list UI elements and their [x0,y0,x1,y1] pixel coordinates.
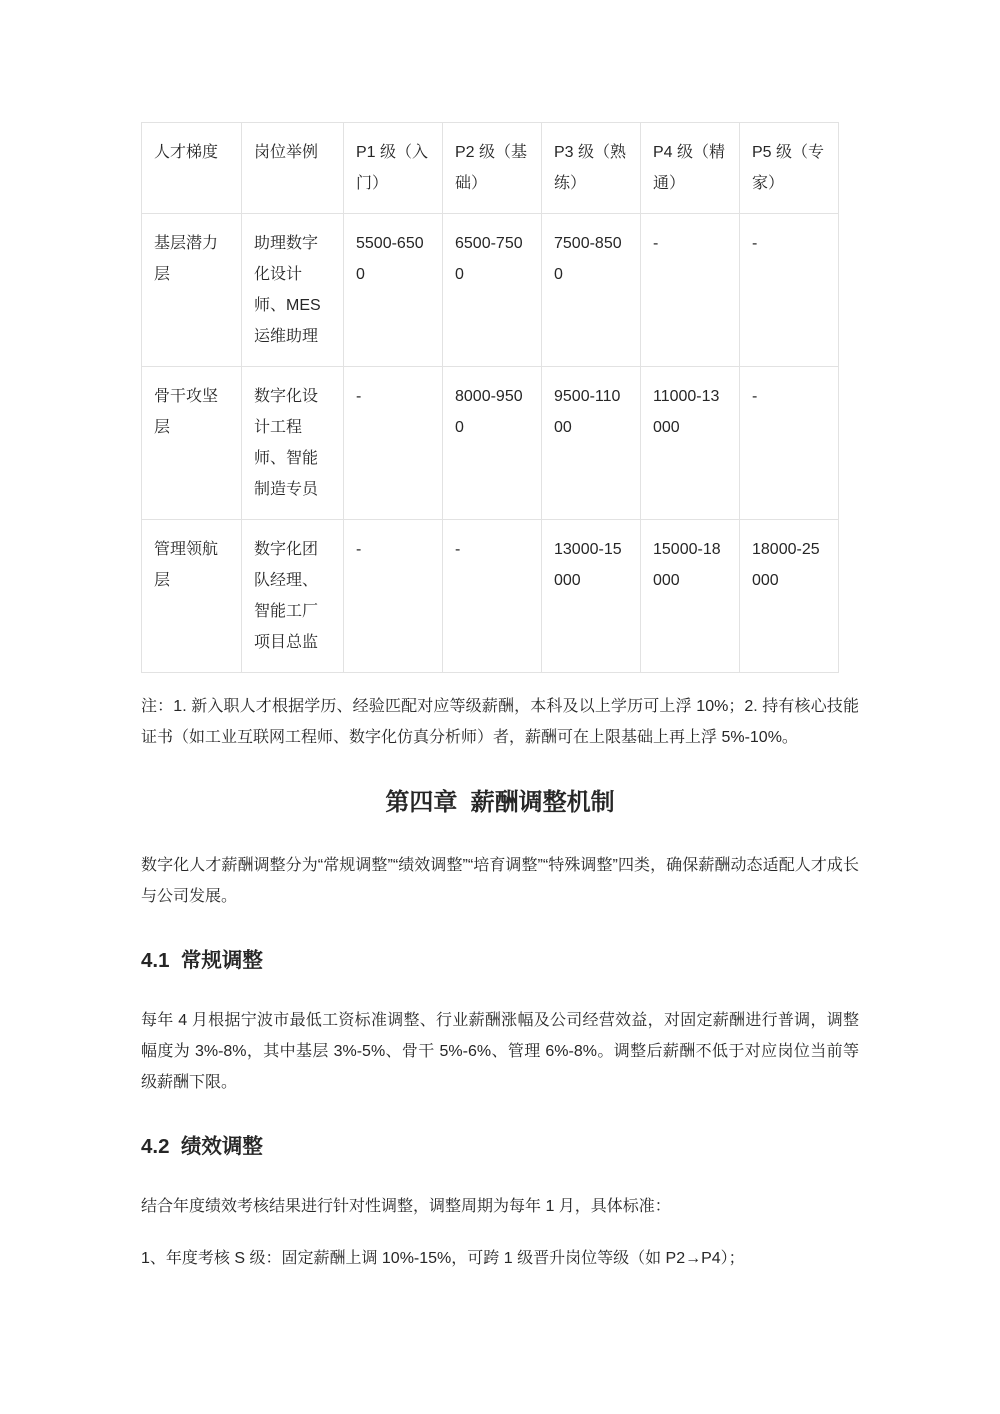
table-note: 注：1. 新入职人才根据学历、经验匹配对应等级薪酬，本科及以上学历可上浮 10%… [141,691,859,753]
table-header-cell: P2 级（基础） [443,123,542,214]
table-cell: 7500-8500 [542,214,641,367]
table-cell: 骨干攻坚层 [142,367,242,520]
table-cell: 9500-11000 [542,367,641,520]
table-row: 骨干攻坚层 数字化设计工程师、智能制造专员 - 8000-9500 9500-1… [142,367,839,520]
table-cell: 13000-15000 [542,520,641,673]
table-cell: 管理领航层 [142,520,242,673]
table-cell: - [344,367,443,520]
table-cell: - [344,520,443,673]
table-header-row: 人才梯度 岗位举例 P1 级（入门） P2 级（基础） P3 级（熟练） P4 … [142,123,839,214]
table-header-cell: 岗位举例 [242,123,344,214]
table-cell: 8000-9500 [443,367,542,520]
table-cell: - [740,214,839,367]
table-cell: - [740,367,839,520]
table-header-cell: P3 级（熟练） [542,123,641,214]
table-row: 基层潜力层 助理数字化设计师、MES 运维助理 5500-6500 6500-7… [142,214,839,367]
document-page: 人才梯度 岗位举例 P1 级（入门） P2 级（基础） P3 级（熟练） P4 … [0,0,1000,1414]
table-row: 管理领航层 数字化团队经理、智能工厂项目总监 - - 13000-15000 1… [142,520,839,673]
table-cell: 11000-13000 [641,367,740,520]
table-cell: 5500-6500 [344,214,443,367]
table-cell: 数字化设计工程师、智能制造专员 [242,367,344,520]
chapter-title: 第四章 薪酬调整机制 [141,786,859,820]
table-header-cell: P5 级（专家） [740,123,839,214]
criteria-list-item-1: 1、年度考核 S 级：固定薪酬上调 10%-15%，可跨 1 级晋升岗位等级（如… [141,1243,859,1274]
table-cell: - [641,214,740,367]
section-heading-4-1: 4.1 常规调整 [141,946,859,976]
section-4-2-paragraph: 结合年度绩效考核结果进行针对性调整，调整周期为每年 1 月，具体标准： [141,1191,859,1222]
section-heading-4-2: 4.2 绩效调整 [141,1132,859,1162]
section-4-1-paragraph: 每年 4 月根据宁波市最低工资标准调整、行业薪酬涨幅及公司经营效益，对固定薪酬进… [141,1005,859,1098]
table-cell: 15000-18000 [641,520,740,673]
table-cell: 基层潜力层 [142,214,242,367]
chapter-intro-paragraph: 数字化人才薪酬调整分为“常规调整”“绩效调整”“培育调整”“特殊调整”四类，确保… [141,850,859,912]
table-header-cell: P1 级（入门） [344,123,443,214]
salary-grade-table: 人才梯度 岗位举例 P1 级（入门） P2 级（基础） P3 级（熟练） P4 … [141,122,839,673]
table-cell: 助理数字化设计师、MES 运维助理 [242,214,344,367]
table-cell: 数字化团队经理、智能工厂项目总监 [242,520,344,673]
table-cell: - [443,520,542,673]
table-header-cell: P4 级（精通） [641,123,740,214]
table-cell: 18000-25000 [740,520,839,673]
table-header-cell: 人才梯度 [142,123,242,214]
table-cell: 6500-7500 [443,214,542,367]
